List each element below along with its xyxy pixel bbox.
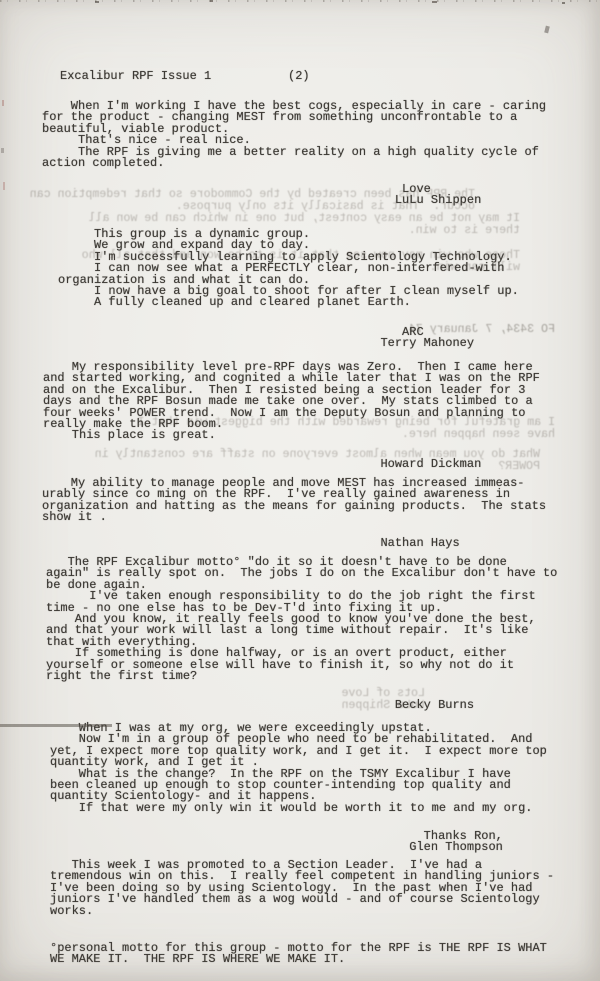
paragraph-testimonial: My ability to manage people and move MES… (42, 478, 546, 524)
paragraph-testimonial: When I was at my org, we were exceedingl… (50, 723, 547, 814)
page-header-title: Excalibur RPF Issue 1 (60, 71, 211, 82)
scan-speck (210, 0, 213, 2)
scan-noise-top-edge (0, 0, 600, 2)
signature: Howard Dickman (42, 459, 481, 470)
signature: Nathan Hays (42, 538, 460, 549)
scan-speck (3, 182, 5, 190)
paragraph-testimonial: My responsibility level pre-RPF days was… (43, 362, 540, 442)
signature: Thanks Ron, Glen Thompson (42, 831, 503, 854)
scan-streak (0, 724, 112, 727)
signature: Becky Burns (42, 700, 474, 711)
scan-speck (2, 100, 4, 106)
scanned-page: The RPF has been created by the Commodor… (0, 0, 600, 981)
paragraph-testimonial: This group is a dynamic group. We grow a… (58, 229, 519, 309)
scan-speck (562, 2, 565, 4)
page-number: (2) (288, 71, 310, 82)
paragraph-testimonial: The RPF Excalibur motto° "do it so it do… (46, 557, 557, 682)
signature: Love LuLu Shippen (42, 184, 481, 207)
scan-speck (95, 1, 99, 3)
signature: ARC Terry Mahoney (42, 327, 474, 350)
footnote: °personal motto for this group - motto f… (50, 943, 547, 966)
scan-speck (432, 1, 437, 3)
scan-speck (1, 148, 4, 153)
paragraph-testimonial: When I'm working I have the best cogs, e… (42, 101, 546, 169)
scan-speck (544, 26, 550, 34)
paragraph-testimonial: This week I was promoted to a Section Le… (50, 860, 554, 917)
